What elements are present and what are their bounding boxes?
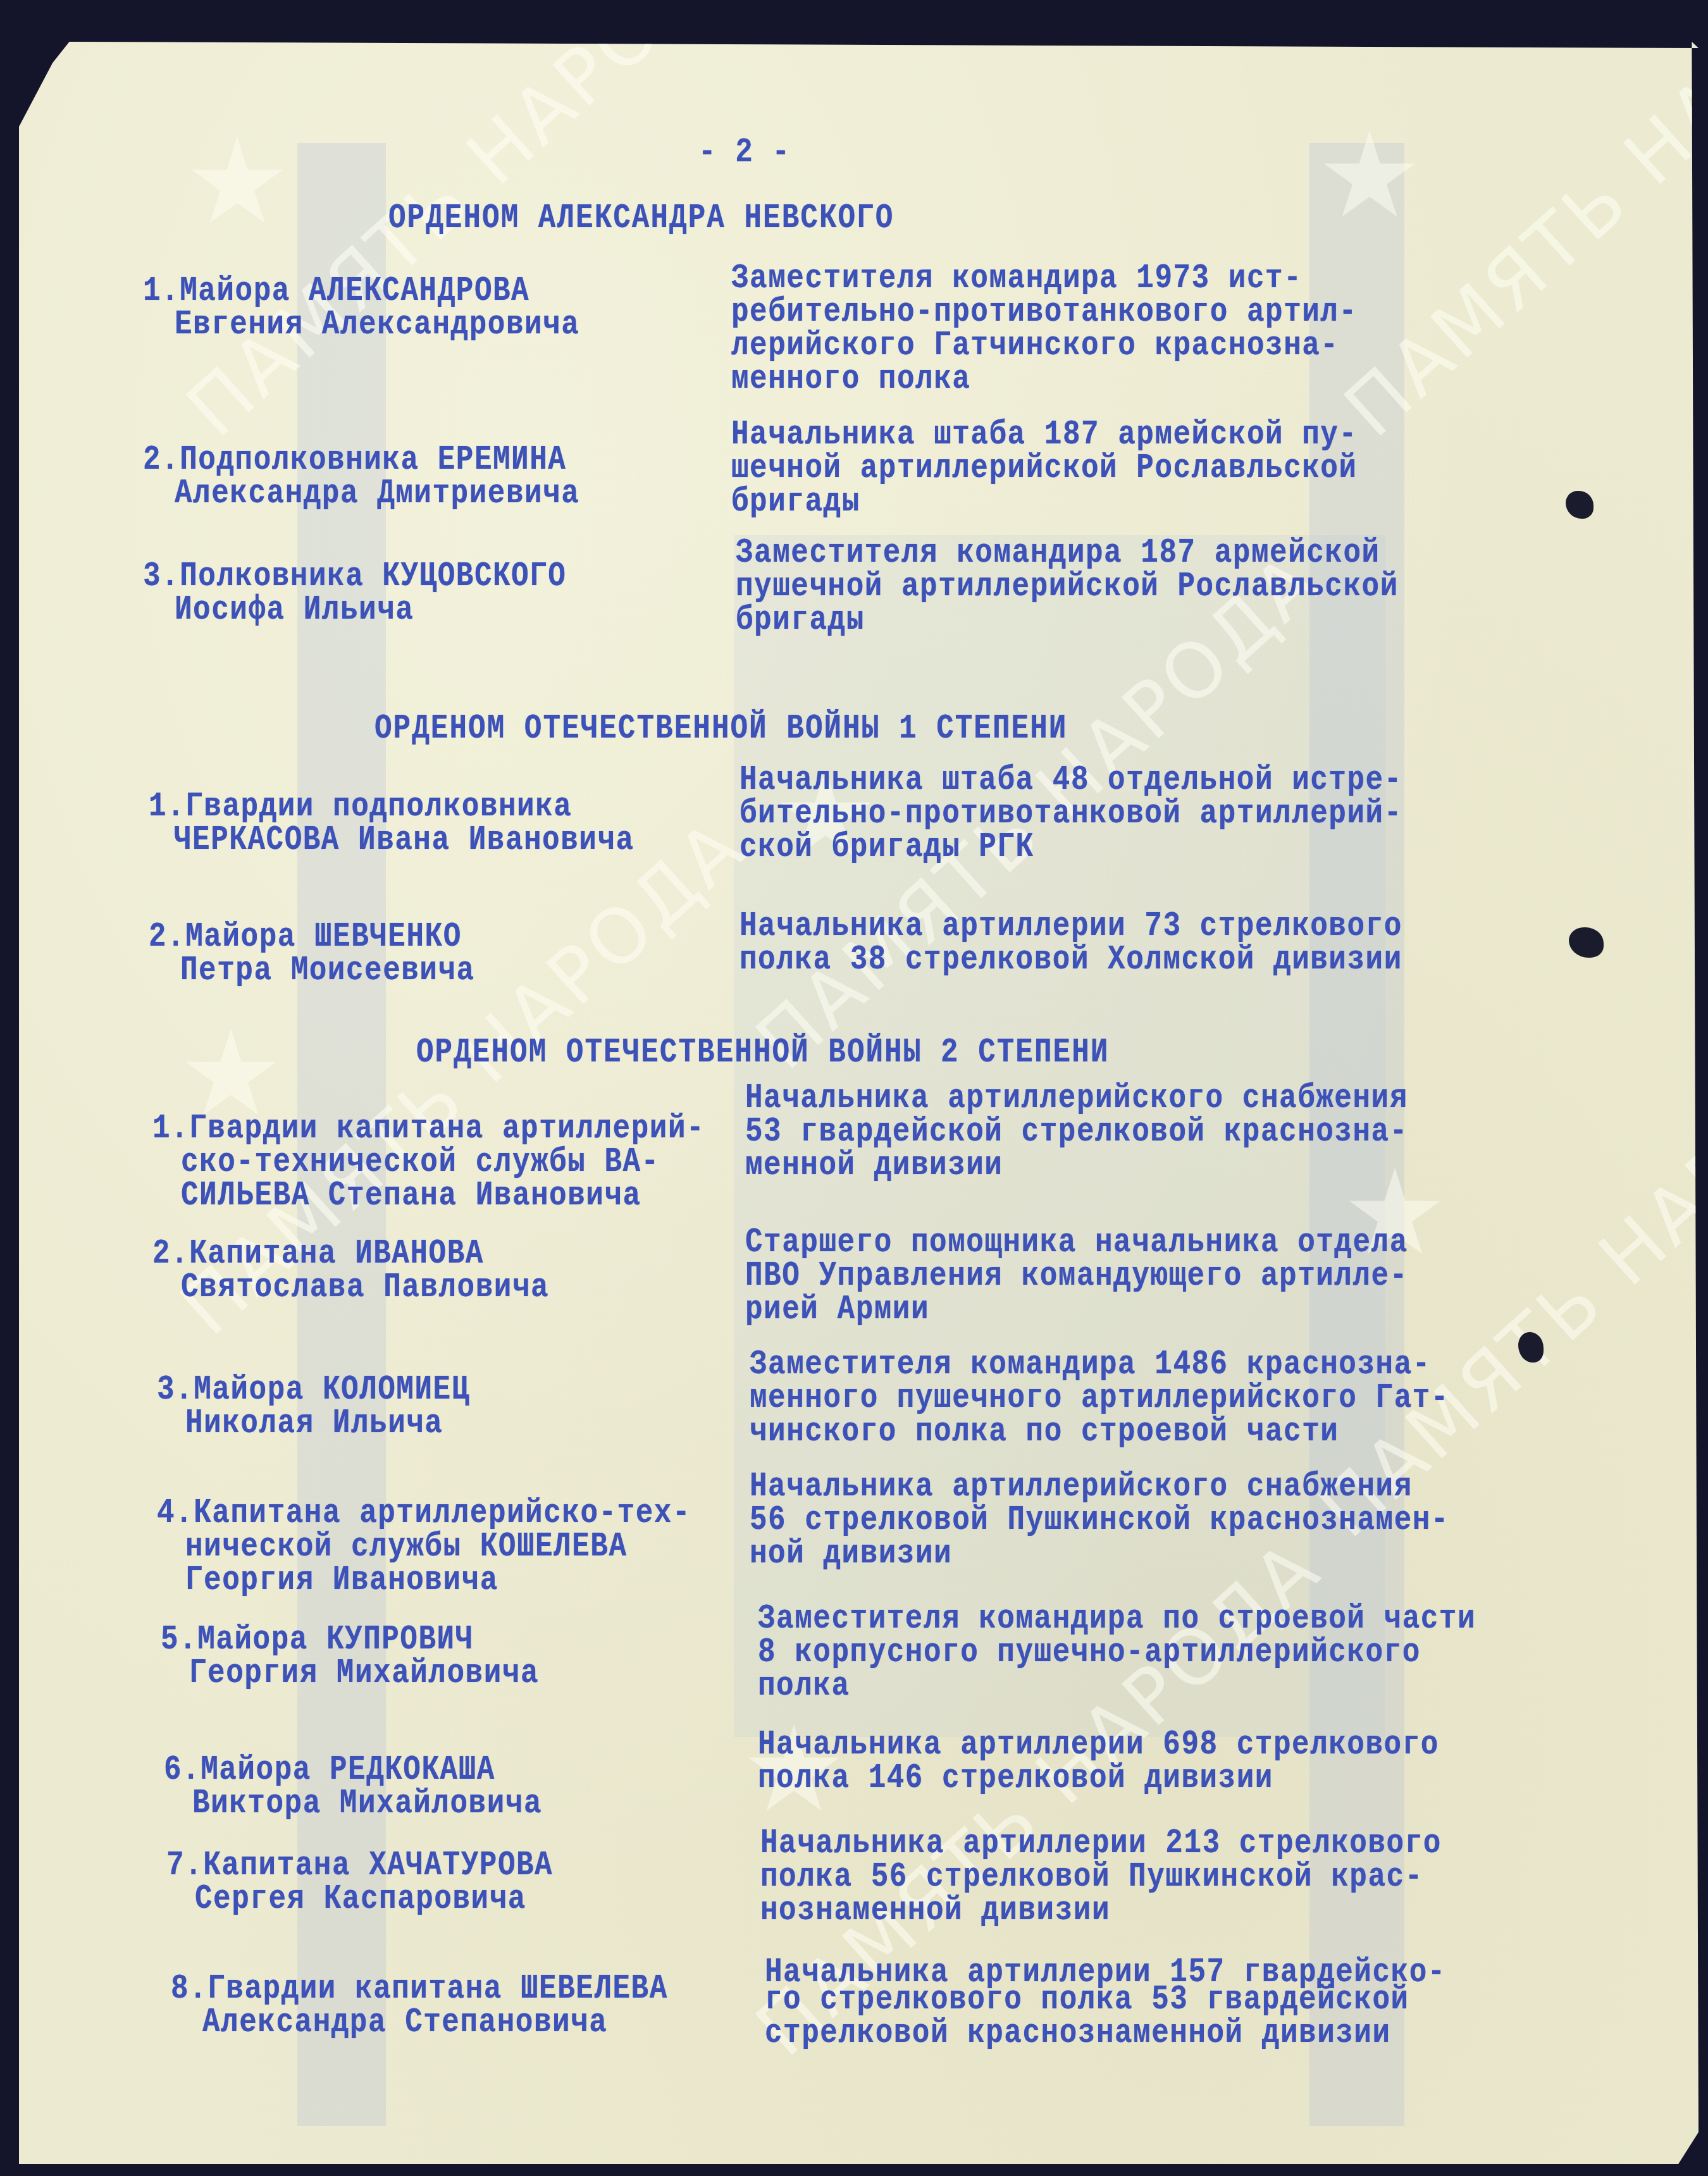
document-page: ПАМЯТЬ НАРОДА ПАМЯТЬ НАРОДА ПАМЯТЬ НАРОД… bbox=[19, 42, 1699, 2164]
recipient-position-line: менного пушечного артиллерийского Гат- bbox=[750, 1380, 1449, 1417]
recipient-name-line: Святослава Павловича bbox=[181, 1269, 549, 1306]
recipient-name-line: 2.Капитана ИВАНОВА bbox=[152, 1235, 484, 1273]
section-heading-patriotic-war-1: ОРДЕНОМ ОТЕЧЕСТВЕННОЙ ВОЙНЫ 1 СТЕПЕНИ bbox=[374, 710, 1067, 748]
recipient-name-line: Николая Ильича bbox=[185, 1405, 443, 1442]
recipient-name-line: Евгения Александровича bbox=[175, 306, 579, 343]
recipient-name-line: Георгия Михайловича bbox=[189, 1655, 539, 1692]
recipient-name-line: 1.Майора АЛЕКСАНДРОВА bbox=[143, 273, 529, 310]
recipient-position-line: ской бригады РГК bbox=[740, 829, 1034, 866]
recipient-name-line: 8.Гвардии капитана ШЕВЕЛЕВА bbox=[171, 1970, 668, 2008]
recipient-name-line: 4.Капитана артиллерийско-тех- bbox=[157, 1495, 691, 1532]
recipient-name-line: 2.Подполковника ЕРЕМИНА bbox=[143, 442, 566, 479]
recipient-name-line: Сергея Каспаровича bbox=[195, 1881, 526, 1918]
recipient-name-line: ЧЕРКАСОВА Ивана Ивановича bbox=[174, 822, 634, 859]
recipient-name-line: Александра Дмитриевича bbox=[175, 475, 579, 512]
recipient-position-line: лерийского Гатчинского краснозна- bbox=[731, 327, 1339, 364]
recipient-position-line: ПВО Управления командующего артилле- bbox=[745, 1258, 1408, 1295]
page-number: - 2 - bbox=[698, 134, 791, 171]
recipient-position-line: менного полка bbox=[731, 361, 970, 398]
recipient-position-line: ребительно-противотанкового артил- bbox=[731, 294, 1358, 331]
recipient-position-line: нознаменной дивизии bbox=[760, 1892, 1110, 1929]
recipient-name-line: 7.Капитана ХАЧАТУРОВА bbox=[166, 1847, 553, 1884]
watermark-star-icon bbox=[190, 137, 285, 232]
recipient-position-line: Начальника артиллерии 73 стрелкового bbox=[740, 908, 1402, 945]
recipient-position-line: ной дивизии bbox=[750, 1535, 952, 1573]
recipient-name-line: СИЛЬЕВА Степана Ивановича bbox=[181, 1177, 641, 1215]
recipient-position-line: рией Армии bbox=[745, 1291, 929, 1328]
recipient-position-line: полка 146 стрелковой дивизии bbox=[758, 1760, 1273, 1797]
recipient-position-line: стрелковой краснознаменной дивизии bbox=[765, 2015, 1391, 2052]
recipient-position-line: 56 стрелковой Пушкинской краснознамен- bbox=[750, 1502, 1449, 1539]
recipient-position-line: Заместителя командира 187 армейской bbox=[736, 535, 1380, 572]
recipient-name-line: Георгия Ивановича bbox=[185, 1562, 498, 1599]
recipient-position-line: полка 38 стрелковой Холмской дивизии bbox=[740, 941, 1402, 979]
recipient-position-line: Начальника артиллерии 213 стрелкового bbox=[760, 1825, 1442, 1862]
recipient-name-line: 1.Гвардии подполковника bbox=[149, 788, 572, 825]
recipient-position-line: полка 56 стрелковой Пушкинской крас- bbox=[760, 1858, 1423, 1896]
recipient-name-line: Александра Степановича bbox=[202, 2004, 607, 2041]
recipient-name-line: Виктора Михайловича bbox=[192, 1785, 542, 1822]
recipient-position-line: Начальника артиллерии 698 стрелкового bbox=[758, 1726, 1439, 1764]
recipient-position-line: шечной артиллерийской Рославльской bbox=[731, 450, 1358, 487]
recipient-position-line: Заместителя командира 1486 краснозна- bbox=[750, 1346, 1431, 1383]
ink-blot bbox=[1569, 927, 1604, 958]
recipient-position-line: чинского полка по строевой части bbox=[750, 1413, 1339, 1450]
recipient-position-line: Заместителя командира по строевой части bbox=[758, 1600, 1476, 1638]
recipient-position-line: го стрелкового полка 53 гвардейской bbox=[765, 1981, 1409, 2018]
recipient-name-line: 3.Майора КОЛОМИЕЦ bbox=[157, 1371, 470, 1409]
recipient-position-line: пушечной артиллерийской Рославльской bbox=[736, 568, 1399, 605]
recipient-name-line: Иосифа Ильича bbox=[175, 591, 414, 629]
ink-blot bbox=[1518, 1332, 1544, 1363]
recipient-position-line: бительно-противотанковой артиллерий- bbox=[740, 795, 1402, 832]
recipient-position-line: Начальника артиллерийского снабжения bbox=[750, 1468, 1413, 1505]
recipient-position-line: 8 корпусного пушечно-артиллерийского bbox=[758, 1634, 1421, 1671]
recipient-position-line: Старшего помощника начальника отдела bbox=[745, 1224, 1408, 1261]
recipient-name-line: 5.Майора КУПРОВИЧ bbox=[161, 1621, 474, 1659]
recipient-position-line: полка bbox=[758, 1667, 850, 1705]
recipient-position-line: бригады bbox=[736, 602, 865, 639]
recipient-name-line: 3.Полковника КУЦОВСКОГО bbox=[143, 558, 566, 595]
section-heading-alexander-nevsky: ОРДЕНОМ АЛЕКСАНДРА НЕВСКОГО bbox=[388, 200, 894, 237]
recipient-position-line: Начальника штаба 48 отдельной истре- bbox=[740, 762, 1402, 799]
recipient-position-line: Начальника штаба 187 армейской пу- bbox=[731, 416, 1358, 454]
recipient-name-line: нической службы КОШЕЛЕВА bbox=[185, 1528, 628, 1566]
recipient-name-line: 1.Гвардии капитана артиллерий- bbox=[152, 1110, 705, 1147]
recipient-position-line: 53 гвардейской стрелковой краснозна- bbox=[745, 1113, 1408, 1151]
recipient-name-line: 2.Майора ШЕВЧЕНКО bbox=[149, 918, 462, 956]
recipient-position-line: Заместителя командира 1973 ист- bbox=[731, 260, 1302, 297]
recipient-position-line: бригады bbox=[731, 483, 860, 521]
recipient-name-line: ско-технической службы ВА- bbox=[181, 1144, 660, 1181]
recipient-position-line: Начальника артиллерийского снабжения bbox=[745, 1080, 1408, 1117]
section-heading-patriotic-war-2: ОРДЕНОМ ОТЕЧЕСТВЕННОЙ ВОЙНЫ 2 СТЕПЕНИ bbox=[416, 1034, 1109, 1072]
ink-blot bbox=[1566, 491, 1594, 519]
recipient-name-line: Петра Моисеевича bbox=[180, 952, 475, 989]
recipient-position-line: менной дивизии bbox=[745, 1147, 1003, 1184]
recipient-name-line: 6.Майора РЕДКОКАША bbox=[164, 1752, 495, 1789]
